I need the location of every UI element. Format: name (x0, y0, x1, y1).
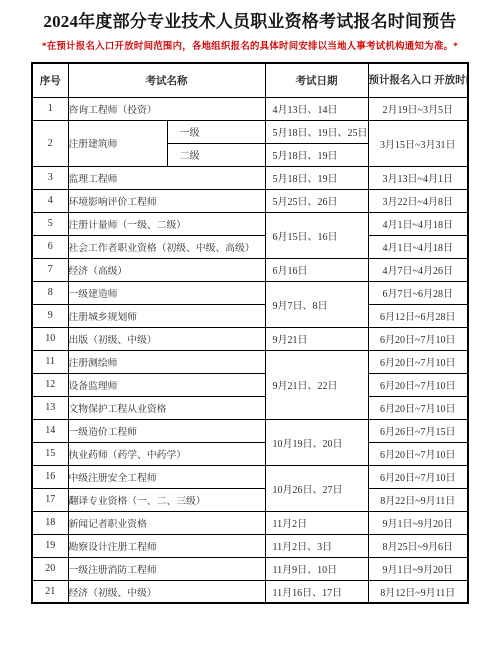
open-time-cell: 6月12日~6月28日 (368, 304, 468, 327)
open-time-cell: 2月19日~3月5日 (368, 97, 468, 120)
table-row: 12设备监理师6月20日~7月10日 (32, 373, 468, 396)
exam-name-cell: 一级注册消防工程师 (68, 557, 265, 580)
serial-cell: 21 (32, 580, 68, 603)
exam-date-cell: 5月25日、26日 (265, 189, 368, 212)
table-row: 4环境影响评价工程师5月25日、26日3月22日~4月8日 (32, 189, 468, 212)
serial-cell: 18 (32, 511, 68, 534)
table-row: 7经济（高级）6月16日4月7日~4月26日 (32, 258, 468, 281)
exam-name-cell: 设备监理师 (68, 373, 265, 396)
serial-cell: 14 (32, 419, 68, 442)
exam-name-cell: 注册计量师（一级、二级） (68, 212, 265, 235)
open-time-cell: 8月22日~9月11日 (368, 488, 468, 511)
exam-date-cell: 5月18日、19日 (265, 143, 368, 166)
open-time-cell: 4月1日~4月18日 (368, 235, 468, 258)
open-time-cell: 6月20日~7月10日 (368, 396, 468, 419)
open-time-cell: 6月20日~7月10日 (368, 465, 468, 488)
open-time-cell: 3月13日~4月1日 (368, 166, 468, 189)
exam-name-cell: 出版（初级、中级） (68, 327, 265, 350)
header-exam-date: 考试日期 (265, 63, 368, 97)
serial-cell: 3 (32, 166, 68, 189)
table-row: 8一级建造师9月7日、8日6月7日~6月28日 (32, 281, 468, 304)
exam-name-cell: 环境影响评价工程师 (68, 189, 265, 212)
open-time-cell: 4月7日~4月26日 (368, 258, 468, 281)
exam-date-cell: 5月18日、19日 (265, 166, 368, 189)
exam-date-cell: 10月26日、27日 (265, 465, 368, 511)
exam-date-cell: 4月13日、14日 (265, 97, 368, 120)
exam-date-cell: 9月21日、22日 (265, 350, 368, 419)
table-row: 6社会工作者职业资格（初级、中级、高级）4月1日~4月18日 (32, 235, 468, 258)
exam-name-cell: 翻译专业资格（一、二、三级） (68, 488, 265, 511)
table-row: 1咨询工程师（投资）4月13日、14日2月19日~3月5日 (32, 97, 468, 120)
open-time-cell: 3月15日~3月31日 (368, 120, 468, 166)
serial-cell: 20 (32, 557, 68, 580)
exam-name-cell: 执业药师（药学、中药学） (68, 442, 265, 465)
exam-name-cell: 社会工作者职业资格（初级、中级、高级） (68, 235, 265, 258)
open-time-cell: 8月12日~9月11日 (368, 580, 468, 603)
exam-name-cell: 一级建造师 (68, 281, 265, 304)
table-row: 9注册城乡规划师6月12日~6月28日 (32, 304, 468, 327)
serial-cell: 4 (32, 189, 68, 212)
exam-date-cell: 9月21日 (265, 327, 368, 350)
exam-name-cell: 注册建筑师 (68, 120, 167, 166)
open-time-cell: 9月1日~9月20日 (368, 557, 468, 580)
table-row: 21经济（初级、中级）11月16日、17日8月12日~9月11日 (32, 580, 468, 603)
serial-cell: 16 (32, 465, 68, 488)
serial-cell: 10 (32, 327, 68, 350)
open-time-cell: 3月22日~4月8日 (368, 189, 468, 212)
open-time-cell: 6月20日~7月10日 (368, 442, 468, 465)
exam-date-cell: 9月7日、8日 (265, 281, 368, 327)
exam-date-cell: 5月18日、19日、25日 (265, 120, 368, 143)
open-time-cell: 9月1日~9月20日 (368, 511, 468, 534)
exam-date-cell: 11月16日、17日 (265, 580, 368, 603)
serial-cell: 8 (32, 281, 68, 304)
serial-cell: 19 (32, 534, 68, 557)
table-row: 15执业药师（药学、中药学）6月20日~7月10日 (32, 442, 468, 465)
exam-name-cell: 监理工程师 (68, 166, 265, 189)
table-row: 16中级注册安全工程师10月26日、27日6月20日~7月10日 (32, 465, 468, 488)
header-exam-name: 考试名称 (68, 63, 265, 97)
exam-date-cell: 11月9日、10日 (265, 557, 368, 580)
table-row: 11注册测绘师9月21日、22日6月20日~7月10日 (32, 350, 468, 373)
exam-name-cell: 咨询工程师（投资） (68, 97, 265, 120)
header-row: 序号 考试名称 考试日期 预计报名入口 开放时间 (32, 63, 468, 97)
serial-cell: 7 (32, 258, 68, 281)
exam-level-cell: 一级 (167, 120, 265, 143)
table-row: 14一级造价工程师10月19日、20日6月26日~7月15日 (32, 419, 468, 442)
serial-cell: 1 (32, 97, 68, 120)
exam-name-cell: 经济（初级、中级） (68, 580, 265, 603)
red-disclaimer-note: *在预计报名入口开放时间范围内，各地组织报名的具体时间安排以当地人事考试机构通知… (0, 38, 500, 52)
exam-date-cell: 11月2日 (265, 511, 368, 534)
serial-cell: 5 (32, 212, 68, 235)
exam-name-cell: 一级造价工程师 (68, 419, 265, 442)
header-open-time: 预计报名入口 开放时间 (368, 63, 468, 97)
table-row: 3监理工程师5月18日、19日3月13日~4月1日 (32, 166, 468, 189)
open-time-cell: 6月26日~7月15日 (368, 419, 468, 442)
exam-name-cell: 注册城乡规划师 (68, 304, 265, 327)
serial-cell: 2 (32, 120, 68, 166)
table-row: 20一级注册消防工程师11月9日、10日9月1日~9月20日 (32, 557, 468, 580)
exam-name-cell: 新闻记者职业资格 (68, 511, 265, 534)
exam-name-cell: 文物保护工程从业资格 (68, 396, 265, 419)
notice-page: 2024年度部分专业技术人员职业资格考试报名时间预告 *在预计报名入口开放时间范… (0, 0, 500, 604)
serial-cell: 6 (32, 235, 68, 258)
table-row: 10出版（初级、中级）9月21日6月20日~7月10日 (32, 327, 468, 350)
open-time-cell: 6月20日~7月10日 (368, 350, 468, 373)
open-time-cell: 6月20日~7月10日 (368, 373, 468, 396)
exam-date-cell: 6月16日 (265, 258, 368, 281)
open-time-cell: 4月1日~4月18日 (368, 212, 468, 235)
serial-cell: 11 (32, 350, 68, 373)
serial-cell: 15 (32, 442, 68, 465)
table-body: 1咨询工程师（投资）4月13日、14日2月19日~3月5日2注册建筑师一级5月1… (32, 97, 468, 603)
serial-cell: 12 (32, 373, 68, 396)
table-row: 18新闻记者职业资格11月2日9月1日~9月20日 (32, 511, 468, 534)
open-time-cell: 6月7日~6月28日 (368, 281, 468, 304)
exam-level-cell: 二级 (167, 143, 265, 166)
table-row: 13文物保护工程从业资格6月20日~7月10日 (32, 396, 468, 419)
exam-date-cell: 11月2日、3日 (265, 534, 368, 557)
exam-name-cell: 经济（高级） (68, 258, 265, 281)
header-serial: 序号 (32, 63, 68, 97)
page-title: 2024年度部分专业技术人员职业资格考试报名时间预告 (0, 12, 500, 32)
table-row: 2注册建筑师一级5月18日、19日、25日3月15日~3月31日 (32, 120, 468, 143)
open-time-cell: 6月20日~7月10日 (368, 327, 468, 350)
exam-name-cell: 中级注册安全工程师 (68, 465, 265, 488)
exam-schedule-table: 序号 考试名称 考试日期 预计报名入口 开放时间 1咨询工程师（投资）4月13日… (31, 62, 469, 604)
table-row: 5注册计量师（一级、二级）6月15日、16日4月1日~4月18日 (32, 212, 468, 235)
open-time-cell: 8月25日~9月6日 (368, 534, 468, 557)
exam-name-cell: 注册测绘师 (68, 350, 265, 373)
exam-date-cell: 6月15日、16日 (265, 212, 368, 258)
serial-cell: 9 (32, 304, 68, 327)
table-row: 17翻译专业资格（一、二、三级）8月22日~9月11日 (32, 488, 468, 511)
serial-cell: 17 (32, 488, 68, 511)
exam-name-cell: 勘察设计注册工程师 (68, 534, 265, 557)
exam-date-cell: 10月19日、20日 (265, 419, 368, 465)
table-row: 19勘察设计注册工程师11月2日、3日8月25日~9月6日 (32, 534, 468, 557)
serial-cell: 13 (32, 396, 68, 419)
